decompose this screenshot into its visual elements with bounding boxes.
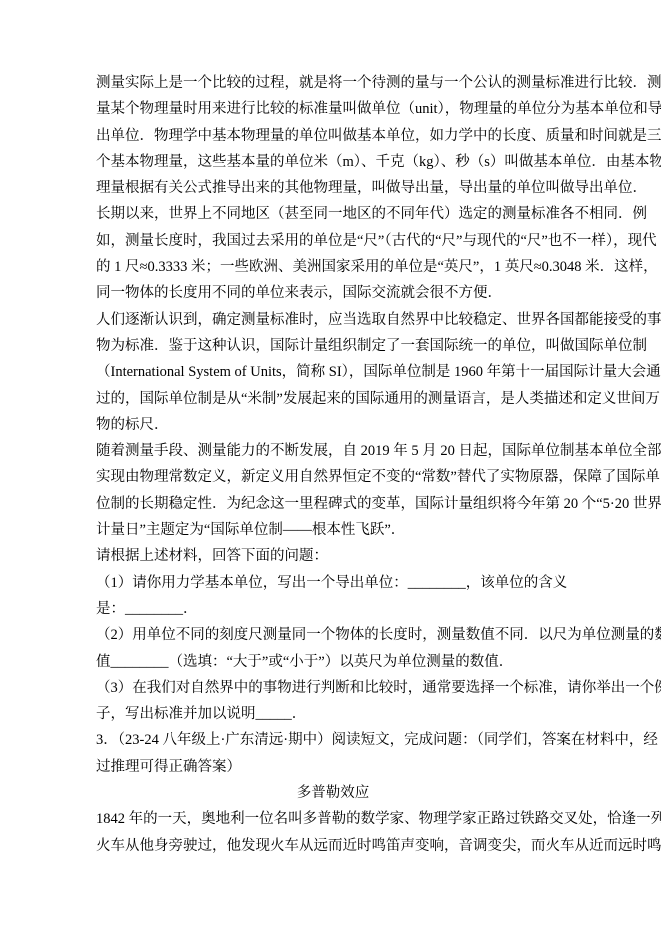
units-intro-line-2: 量某个物理量时用来进行比较的标准量叫做单位（unit），物理量的单位分为基本单位… [96,96,570,122]
units-intro-line-4: 个基本物理量，这些基本量的单位米（m）、千克（kg）、秒（s）叫做基本单位．由基… [96,149,570,175]
exercise-3-header-line-2: 过推理可得正确答案） [96,754,570,780]
passage-text-block: 测量实际上是一个比较的过程，就是将一个待测的量与一个公认的测量标准进行比较．测量… [96,70,570,859]
exercise-3-header-line-1: 3．（23-24 八年级上·广东清远·期中）阅读短文，完成问题：（同学们，答案在… [96,727,570,753]
units-intro-line-5: 理量根据有关公式推导出来的其他物理量，叫做导出量，导出量的单位叫做导出单位． [96,175,570,201]
doppler-intro-line-2: 火车从他身旁驶过，他发现火车从远而近时鸣笛声变响，音调变尖，而火车从近而远时鸣 [96,833,570,859]
doppler-intro-line-1: 1842 年的一天，奥地利一位名叫多普勒的数学家、物理学家正路过铁路交叉处，恰逢… [96,806,570,832]
document-page: 测量实际上是一个比较的过程，就是将一个待测的量与一个公认的测量标准进行比较．测量… [0,0,661,936]
si-intro-line-4: 过的，国际单位制是从“米制”发展起来的国际通用的测量语言，是人类描述和定义世间万 [96,386,570,412]
si-redefinition-line-2: 实现由物理常数定义，新定义用自然界恒定不变的“常数”替代了实物原器，保障了国际单 [96,464,570,490]
question-3-line-2: 子，写出标准并加以说明_____． [96,701,570,727]
si-intro-line-5: 物的标尺． [96,412,570,438]
questions-prompt: 请根据上述材料，回答下面的问题： [96,543,570,569]
doppler-heading: 多普勒效应 [96,780,570,806]
si-intro-line-1: 人们逐渐认识到，确定测量标准时，应当选取自然界中比较稳定、世界各国都能接受的事 [96,307,570,333]
question-1-line-1: （1）请你用力学基本单位，写出一个导出单位：________，该单位的含义 [96,570,570,596]
units-intro-line-3: 出单位．物理学中基本物理量的单位叫做基本单位，如力学中的长度、质量和时间就是三 [96,123,570,149]
si-redefinition-line-4: 计量日”主题定为“国际单位制——根本性飞跃”． [96,517,570,543]
question-1-line-2: 是：________． [96,596,570,622]
si-redefinition-line-1: 随着测量手段、测量能力的不断发展，自 2019 年 5 月 20 日起，国际单位… [96,438,570,464]
units-history-line-3: 的 1 尺≈0.3333 米；一些欧洲、美洲国家采用的单位是“英尺”，1 英尺≈… [96,254,570,280]
question-2-line-2: 值________（选填：“大于”或“小于”）以英尺为单位测量的数值． [96,649,570,675]
units-history-line-4: 同一物体的长度用不同的单位来表示，国际交流就会很不方便． [96,280,570,306]
question-3-line-1: （3）在我们对自然界中的事物进行判断和比较时，通常要选择一个标准，请你举出一个例 [96,675,570,701]
si-intro-line-2: 物为标准．鉴于这种认识，国际计量组织制定了一套国际统一的单位，叫做国际单位制 [96,333,570,359]
si-redefinition-line-3: 位制的长期稳定性．为纪念这一里程碑式的变革，国际计量组织将今年第 20 个“5·… [96,491,570,517]
units-intro-line-1: 测量实际上是一个比较的过程，就是将一个待测的量与一个公认的测量标准进行比较．测 [96,70,570,96]
question-2-line-1: （2）用单位不同的刻度尺测量同一个物体的长度时，测量数值不同．以尺为单位测量的数 [96,622,570,648]
si-intro-line-3: （International System of Units，简称 SI），国际… [96,359,570,385]
units-history-line-2: 如，测量长度时，我国过去采用的单位是“尺”（古代的“尺”与现代的“尺”也不一样）… [96,228,570,254]
units-history-line-1: 长期以来，世界上不同地区（甚至同一地区的不同年代）选定的测量标准各不相同．例 [96,201,570,227]
